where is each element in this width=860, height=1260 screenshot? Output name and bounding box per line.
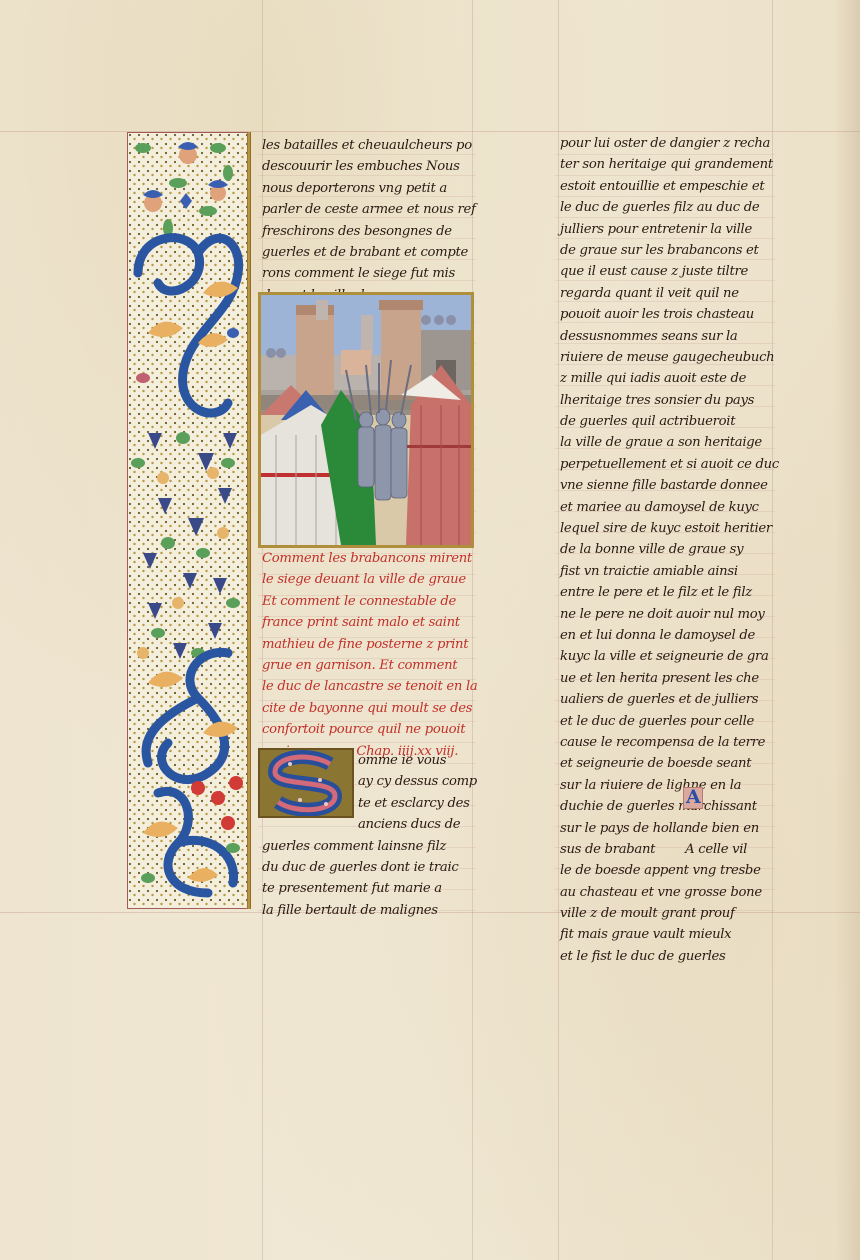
text-line: les batailles et cheuaulcheurs po — [262, 135, 474, 156]
text-line: cause le recompensa de la terre — [560, 732, 775, 753]
text-line: z mille qui iadis auoit este de — [560, 368, 775, 389]
text-line: et mariee au damoysel de kuyc — [560, 497, 775, 518]
rubric-line: confortoit pource quil ne pouoit — [262, 719, 476, 740]
text-line: freschirons des besongnes de — [262, 221, 474, 242]
illuminated-border — [127, 132, 249, 909]
text-line: pour lui oster de dangier z recha — [560, 133, 775, 154]
text-line: de la bonne ville de graue sy — [560, 539, 775, 560]
text-line: le duc de guerles filz au duc de — [560, 197, 775, 218]
text-line: anciens ducs de — [262, 814, 476, 835]
text-line: ville z de moult grant prouf — [560, 903, 775, 924]
manuscript-page: les batailles et cheuaulcheurs po descou… — [0, 0, 860, 1260]
text-line: guerles comment lainsne filz — [262, 836, 476, 857]
text-line: le de boesde appent vng tresbe — [560, 860, 775, 881]
text-line: parler de ceste armee et nous ref — [262, 199, 474, 220]
text-line: que il eust cause z juste tiltre — [560, 261, 775, 282]
text-segment: sus de brabant — [560, 842, 655, 857]
text-line: nous deporterons vng petit a — [262, 178, 474, 199]
text-line: sur la riuiere de lighne en la — [560, 775, 775, 796]
text-line: regarda quant il veit quil ne — [560, 283, 775, 304]
text-line: ualiers de guerles et de julliers — [560, 689, 775, 710]
text-line: sur le pays de hollande bien en — [560, 818, 775, 839]
text-line: guerles et de brabant et compte — [262, 242, 474, 263]
text-line: te presentement fut marie a — [262, 878, 476, 899]
text-line: entre le pere et le filz et le filz — [560, 582, 775, 603]
text-line: descouurir les embuches Nous — [262, 156, 474, 177]
text-line: rons comment le siege fut mis — [262, 263, 474, 284]
text-line: lheritaige tres sonsier du pays — [560, 390, 775, 411]
rubric-line: cite de bayonne qui moult se des — [262, 698, 476, 719]
text-line: et seigneurie de boesde seant — [560, 753, 775, 774]
text-line: ay cy dessus comp — [262, 771, 476, 792]
text-line: fit mais graue vault mieulx — [560, 924, 775, 945]
text-line: riuiere de meuse gaugecheubuch — [560, 347, 775, 368]
text-line: estoit entouillie et empeschie et — [560, 176, 775, 197]
text-line: la fille bertault de malignes — [262, 900, 476, 921]
text-line: duchie de guerles marchissant — [560, 796, 775, 817]
left-column-top-text: les batailles et cheuaulcheurs po descou… — [262, 135, 474, 306]
text-line: ue et len herita present les che — [560, 668, 775, 689]
rubric-line: france print saint malo et saint — [262, 612, 476, 633]
text-line: kuyc la ville et seigneurie de gra — [560, 646, 775, 667]
text-line: julliers pour entretenir la ville — [560, 219, 775, 240]
text-line: vne sienne fille bastarde donnee — [560, 475, 775, 496]
text-line: ter son heritaige qui grandement — [560, 154, 775, 175]
rubric-line: mathieu de fine posterne z print — [262, 634, 476, 655]
rubric-line: le duc de lancastre se tenoit en la — [262, 676, 476, 697]
text-line: du duc de guerles dont ie traic — [262, 857, 476, 878]
initial-letter: A — [686, 786, 701, 808]
text-line: et le duc de guerles pour celle — [560, 711, 775, 732]
text-line: lequel sire de kuyc estoit heritier — [560, 518, 775, 539]
text-line: perpetuellement et si auoit ce duc — [560, 454, 775, 475]
text-line: ne le pere ne doit auoir nul moy — [560, 604, 775, 625]
siege-scene-icon — [261, 295, 471, 545]
text-line: sus de brabantA celle vil — [560, 839, 775, 860]
text-line: pouoit auoir les trois chasteau — [560, 304, 775, 325]
rubric-line: Et comment le connestable de — [262, 591, 476, 612]
text-line: de graue sur les brabancons et — [560, 240, 775, 261]
rubric-line: Comment les brabancons mirent — [262, 548, 476, 569]
miniature-painting — [258, 292, 474, 548]
text-line: en et lui donna le damoysel de — [560, 625, 775, 646]
floral-border-icon — [128, 133, 248, 908]
inline-initial-a: A — [683, 787, 703, 809]
text-segment: A celle vil — [685, 842, 747, 857]
text-line: au chasteau et vne grosse bone — [560, 882, 775, 903]
text-line: fist vn traictie amiable ainsi — [560, 561, 775, 582]
text-line: te et esclarcy des — [262, 793, 476, 814]
text-line: omme ie vous — [262, 750, 476, 771]
text-line: dessusnommes seans sur la — [560, 326, 775, 347]
left-column-bottom-text: omme ie vous ay cy dessus comp te et esc… — [262, 750, 476, 921]
rubric-line: grue en garnison. Et comment — [262, 655, 476, 676]
text-line: de guerles quil actribueroit — [560, 411, 775, 432]
text-line: la ville de graue a son heritaige — [560, 432, 775, 453]
right-column-text: pour lui oster de dangier z recha ter so… — [560, 133, 775, 967]
text-line: et le fist le duc de guerles — [560, 946, 775, 967]
gold-border-bar — [247, 132, 251, 909]
rubric-chapter-heading: Comment les brabancons mirent le siege d… — [262, 548, 476, 762]
rubric-line: le siege deuant la ville de graue — [262, 569, 476, 590]
